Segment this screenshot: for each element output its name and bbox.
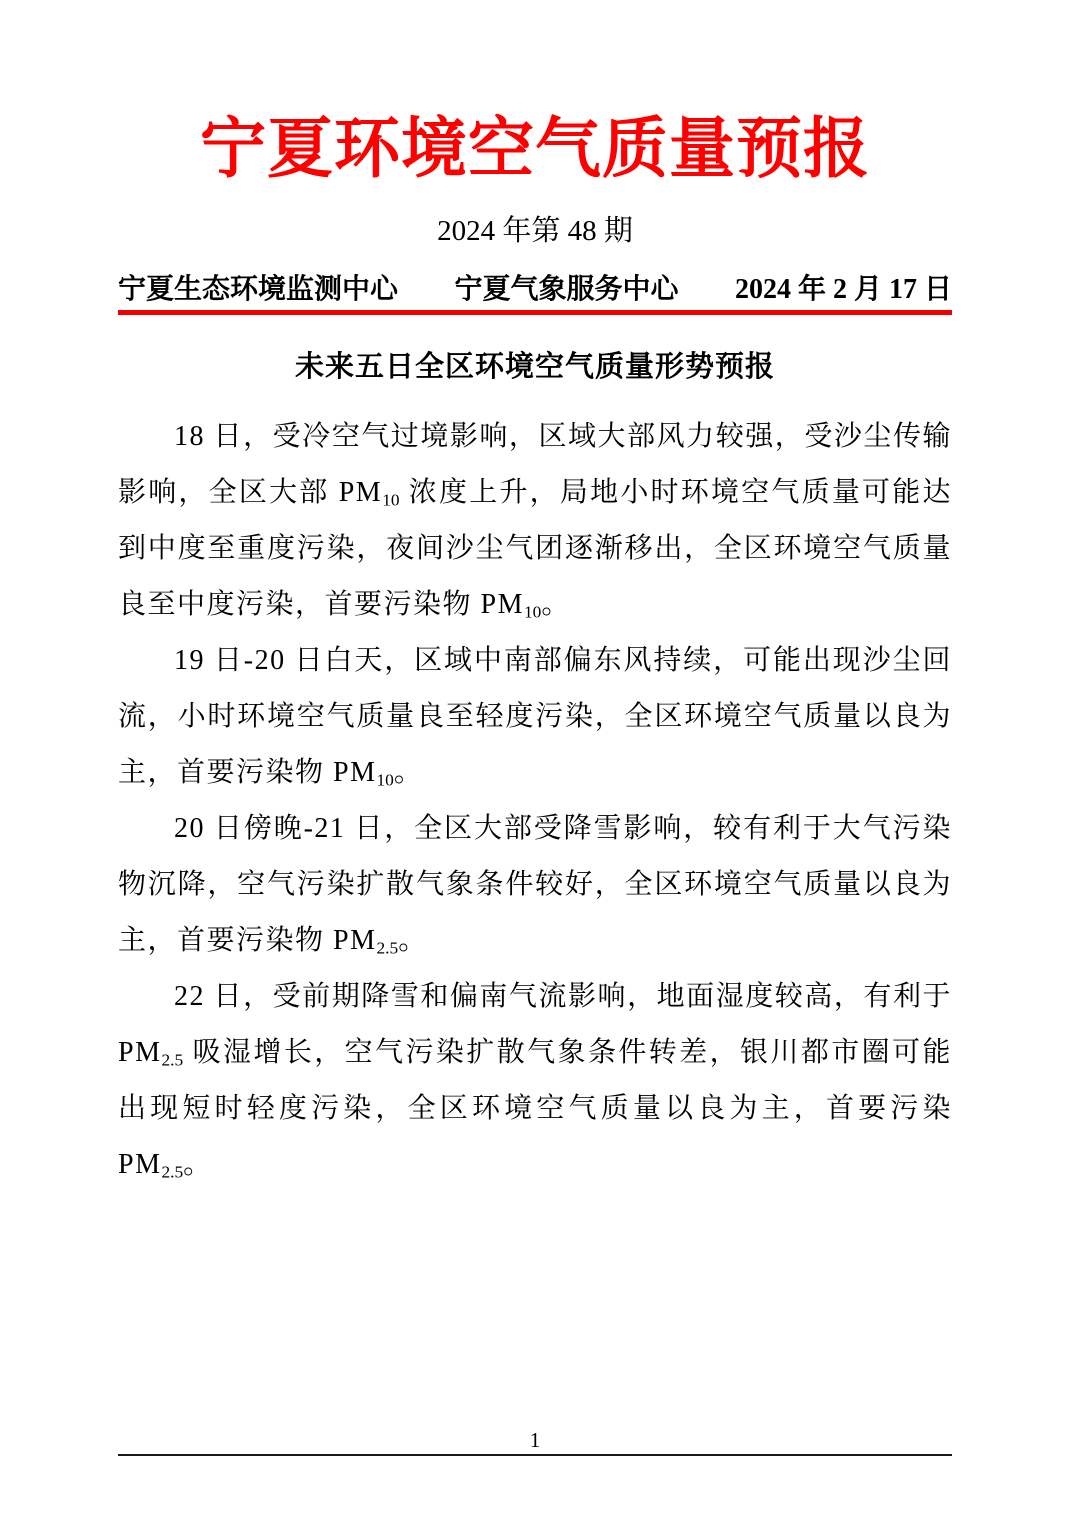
- body-paragraph: 19 日-20 日白天，区域中南部偏东风持续，可能出现沙尘回流，小时环境空气质量…: [118, 633, 952, 801]
- section-heading: 未来五日全区环境空气质量形势预报: [118, 347, 952, 387]
- paragraph-text: 20 日傍晚-21 日，全区大部受降雪影响，较有利于大气污染物沉降，空气污染扩散…: [118, 813, 952, 956]
- paragraph-text: 。: [394, 757, 424, 788]
- pm-subscript: 2.5: [376, 939, 398, 958]
- body-paragraph: 18 日，受冷空气过境影响，区域大部风力较强，受沙尘传输影响，全区大部 PM10…: [118, 409, 952, 633]
- pm-subscript: 10: [524, 603, 541, 622]
- footer-divider-rule: [118, 1454, 952, 1456]
- org-name-left: 宁夏生态环境监测中心: [118, 271, 398, 309]
- page-number: 1: [118, 1430, 952, 1451]
- body-paragraph: 22 日，受前期降雪和偏南气流影响，地面湿度较高，有利于 PM2.5 吸湿增长，…: [118, 969, 952, 1193]
- masthead-row: 宁夏生态环境监测中心 宁夏气象服务中心 2024 年 2 月 17 日: [118, 271, 952, 309]
- document-page: 宁夏环境空气质量预报 2024 年第 48 期 宁夏生态环境监测中心 宁夏气象服…: [0, 0, 1074, 1520]
- paragraph-text: 吸湿增长，空气污染扩散气象条件转差，银川都市圈可能出现短时轻度污染，全区环境空气…: [118, 1037, 952, 1180]
- paragraph-text: 。: [183, 1149, 213, 1180]
- issue-date: 2024 年 2 月 17 日: [735, 271, 952, 309]
- org-name-center: 宁夏气象服务中心: [454, 271, 678, 309]
- paragraph-text: 19 日-20 日白天，区域中南部偏东风持续，可能出现沙尘回流，小时环境空气质量…: [118, 645, 952, 788]
- body-paragraphs: 18 日，受冷空气过境影响，区域大部风力较强，受沙尘传输影响，全区大部 PM10…: [118, 409, 952, 1193]
- pm-subscript: 2.5: [161, 1163, 183, 1182]
- pm-subscript: 2.5: [161, 1051, 183, 1070]
- paragraph-text: 。: [541, 589, 571, 620]
- document-content: 宁夏环境空气质量预报 2024 年第 48 期 宁夏生态环境监测中心 宁夏气象服…: [0, 0, 1074, 1193]
- pm-subscript: 10: [382, 491, 399, 510]
- issue-number: 2024 年第 48 期: [118, 211, 952, 251]
- body-paragraph: 20 日傍晚-21 日，全区大部受降雪影响，较有利于大气污染物沉降，空气污染扩散…: [118, 801, 952, 969]
- paragraph-text: 。: [398, 925, 428, 956]
- pm-subscript: 10: [376, 771, 393, 790]
- document-title: 宁夏环境空气质量预报: [118, 0, 952, 189]
- page-footer: 1: [118, 1430, 952, 1456]
- red-divider-rule: [118, 310, 952, 315]
